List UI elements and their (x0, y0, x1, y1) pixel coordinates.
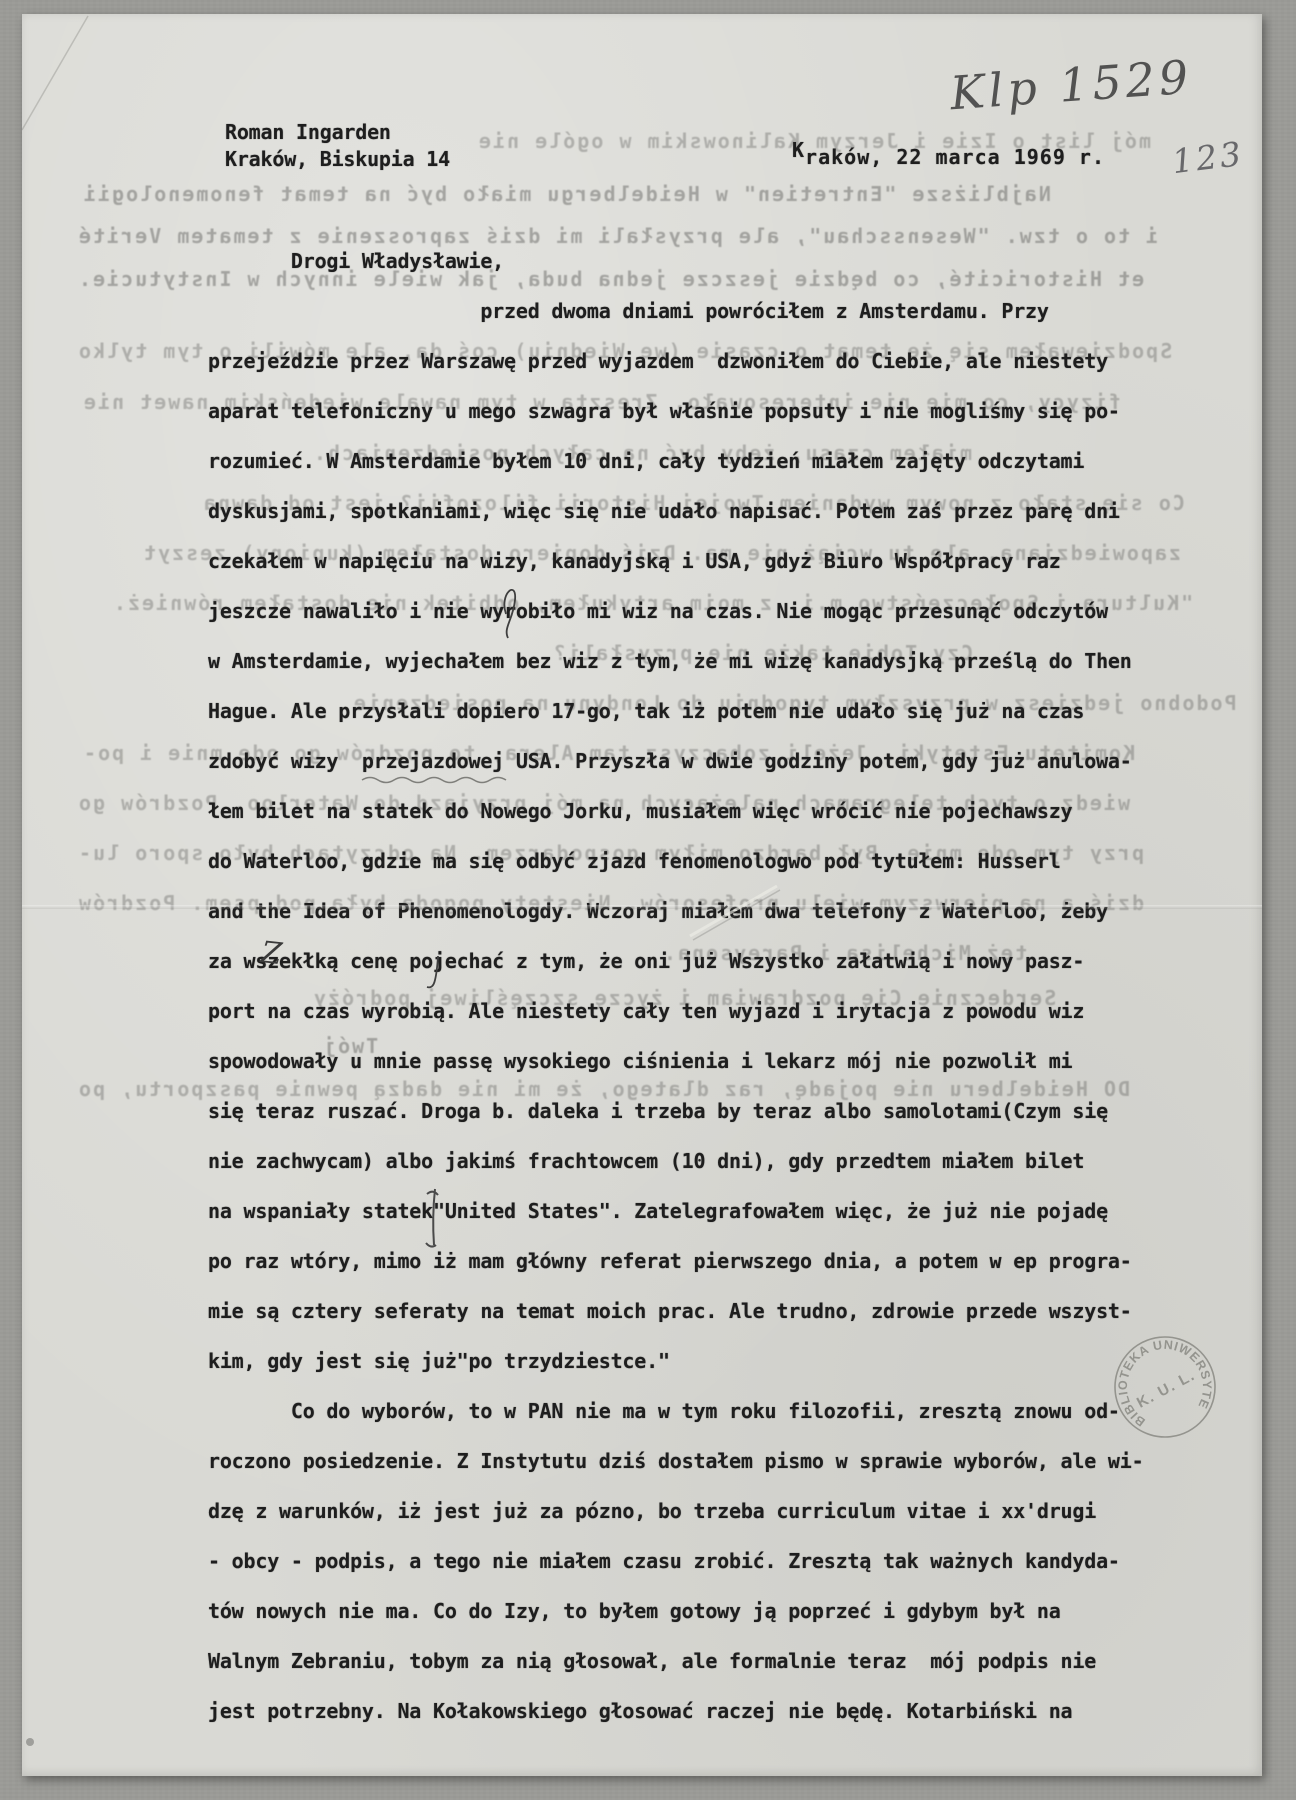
typed-line: mie są cztery seferaty na temat moich pr… (208, 1298, 1143, 1348)
typed-line: za wszekłką cenę pojechać z tym, że oni … (208, 948, 1143, 998)
bleed-through-line: Najbliższe "Entretien" w Heidelbergu mia… (82, 182, 1051, 206)
corner-crease (22, 16, 88, 130)
paper-speck (26, 1738, 34, 1746)
typed-line: aparat telefoniczny u mego szwagra był w… (208, 398, 1143, 448)
date-line: Kraków, 22 marca 1969 r. (792, 145, 1105, 169)
typed-line: przed dwoma dniami powróciłem z Amsterda… (208, 298, 1143, 348)
typed-line: Hague. Ale przysłali dopiero 17-go, tak … (208, 698, 1143, 748)
library-stamp: BIBLIOTEKA UNIWERSYTECKA K. U. L. (1106, 1328, 1224, 1446)
letter-body: Drogi Władysławie, przed dwoma dniami po… (208, 248, 1143, 1748)
archival-mark-handwritten: Klp 1529 (948, 50, 1193, 121)
date-text: raków, 22 marca 1969 r. (805, 145, 1105, 169)
typed-line: Co do wyborów, to w PAN nie ma w tym rok… (208, 1398, 1143, 1448)
typed-line: spowodowały u mnie passę wysokiego ciśni… (208, 1048, 1143, 1098)
typed-line: rozumieć. W Amsterdamie byłem 10 dni, ca… (208, 448, 1143, 498)
typed-line: dzę z warunków, iż jest już za pózno, bo… (208, 1498, 1143, 1548)
typed-line: w Amsterdamie, wyjechałem bez wiz z tym,… (208, 648, 1143, 698)
typed-line: - obcy - podpis, a tego nie miałem czasu… (208, 1548, 1143, 1598)
fold-crease (22, 905, 1262, 909)
typed-line: port na czas wyrobią. Ale niestety cały … (208, 998, 1143, 1048)
typed-line: Walnym Zebraniu, tobym za nią głosował, … (208, 1648, 1143, 1698)
letter-paper: mój list o Izie i Jerzym Kalinowskim w o… (22, 14, 1262, 1776)
typed-line: jeszcze nawaliło i nie wyrobiło mi wiz n… (208, 598, 1143, 648)
sender-name: Roman Ingarden (225, 120, 391, 144)
typed-line: zdobyć wizy przejazdowej USA. Przyszła w… (208, 748, 1143, 798)
typed-line: jest potrzebny. Na Kołakowskiego głosowa… (208, 1698, 1143, 1748)
typed-line: przejeździe przez Warszawę przed wyjazde… (208, 348, 1143, 398)
date-superscript-letter: K (792, 138, 805, 162)
scanned-letter-page: { "annotations": { "archival_mark": "Klp… (0, 0, 1296, 1800)
typed-line: po raz wtóry, mimo iż mam główny referat… (208, 1248, 1143, 1298)
typed-line: się teraz ruszać. Droga b. daleka i trze… (208, 1098, 1143, 1148)
typed-line: nie zachwycam) albo jakimś frachtowcem (… (208, 1148, 1143, 1198)
typed-line: kim, gdy jest się już"po trzydziestce." (208, 1348, 1143, 1398)
typed-line: dyskusjami, spotkaniami, więc się nie ud… (208, 498, 1143, 548)
typed-line: tów nowych nie ma. Co do Izy, to byłem g… (208, 1598, 1143, 1648)
typed-line: do Waterloo, gdzie ma się odbyć zjazd fe… (208, 848, 1143, 898)
page-number-handwritten: 123 (1170, 134, 1246, 181)
typed-line: Drogi Władysławie, (208, 248, 1143, 298)
bleed-through-line: i to o tzw. "Wesensschau", ale przysłali… (77, 224, 1158, 248)
typed-line: roczono posiedzenie. Z Instytutu dziś do… (208, 1448, 1143, 1498)
typed-line: czekałem w napięciu na wizy, kanadyjską … (208, 548, 1143, 598)
sender-address: Kraków, Biskupia 14 (225, 147, 450, 171)
stamp-center-text: K. U. L. (1134, 1367, 1198, 1412)
typed-line: na wspaniały statek"United States". Zate… (208, 1198, 1143, 1248)
typed-line: łem bilet na statek do Nowego Jorku, mus… (208, 798, 1143, 848)
